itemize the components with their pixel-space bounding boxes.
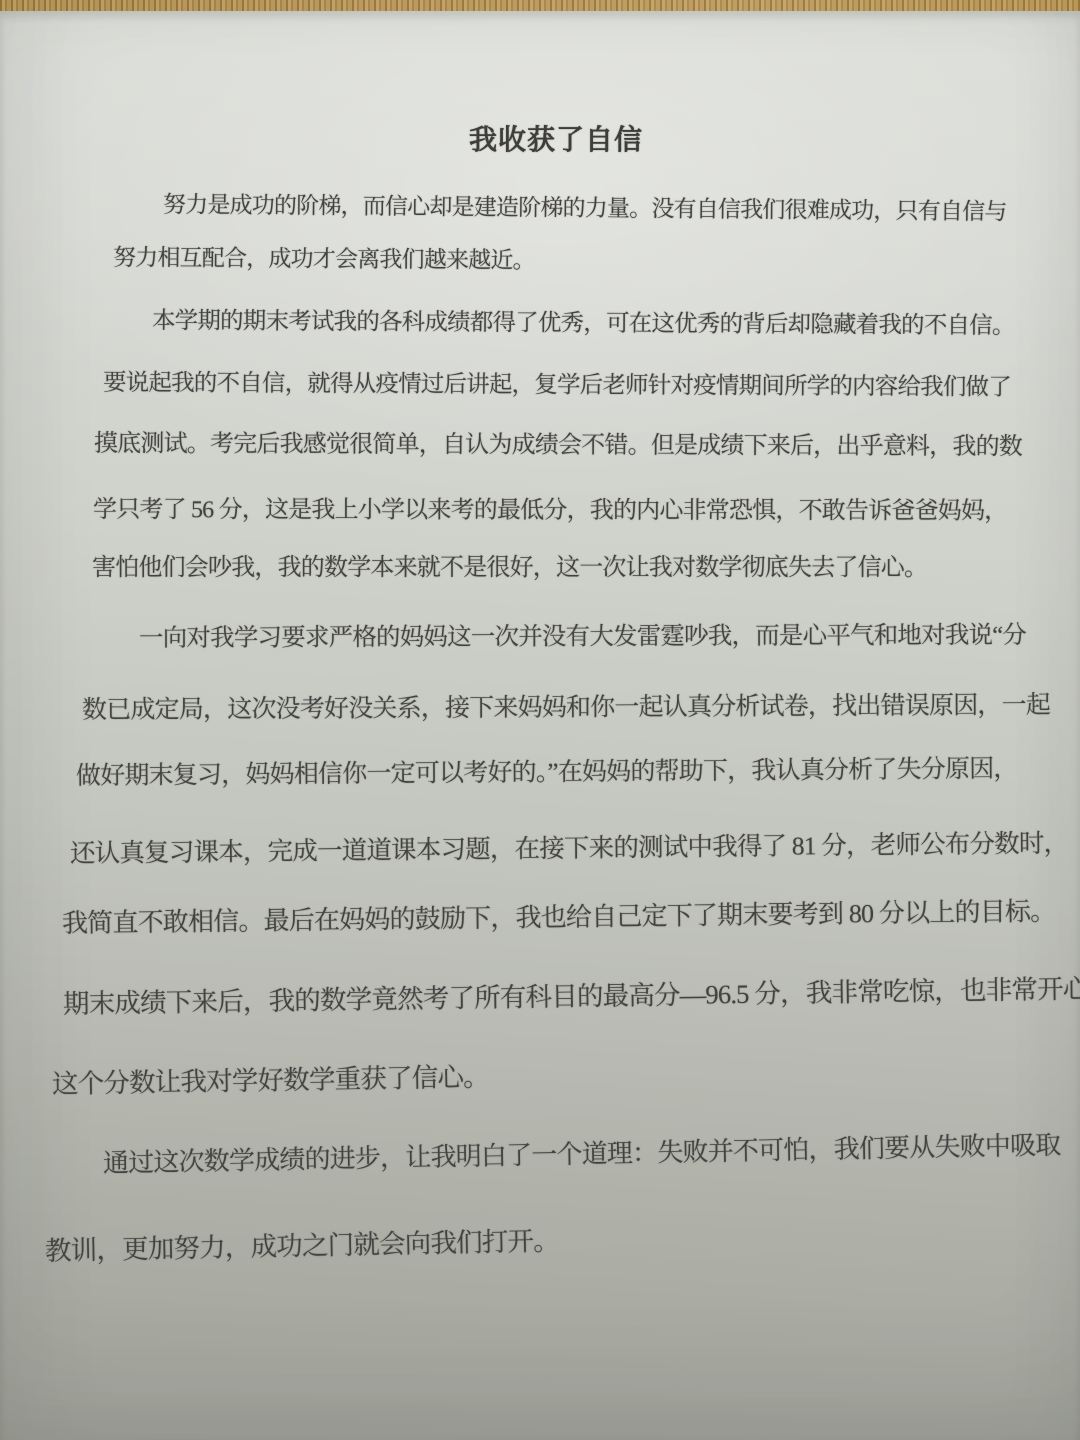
photo-of-essay-page: 我收获了自信 努力是成功的阶梯，而信心却是建造阶梯的力量。没有自信我们很难成功，… [0, 0, 1080, 1440]
essay-line: 一向对我学习要求严格的妈妈这一次并没有大发雷霆吵我，而是心平气和地对我说“分 [139, 624, 1026, 652]
essay-line: 学只考了 56 分，这是我上小学以来考的最低分，我的内心非常恐惧，不敢告诉爸爸妈… [93, 498, 1007, 524]
essay-line: 数已成定局，这次没考好没关系，接下来妈妈和你一起认真分析试卷，找出错误原因，一起 [82, 693, 1050, 723]
essay-title: 我收获了自信 [469, 127, 643, 155]
essay-line: 努力相互配合，成功才会离我们越来越近。 [113, 246, 535, 272]
essay-line: 要说起我的不自信，就得从疫情过后讲起，复学后老师针对疫情期间所学的内容给我们做了 [103, 372, 1011, 400]
essay-line: 摸底测试。考完后我感觉很简单，自认为成绩会不错。但是成绩下来后，出乎意料，我的数 [94, 432, 1022, 459]
essay-line: 本学期的期末考试我的各科成绩都得了优秀，可在这优秀的背后却隐藏着我的不自信。 [152, 310, 1015, 339]
essay-line: 这个分数让我对学好数学重获了信心。 [52, 1064, 489, 1098]
essay-line: 害怕他们会吵我，我的数学本来就不是很好，这一次让我对数学彻底失去了信心。 [92, 556, 927, 580]
